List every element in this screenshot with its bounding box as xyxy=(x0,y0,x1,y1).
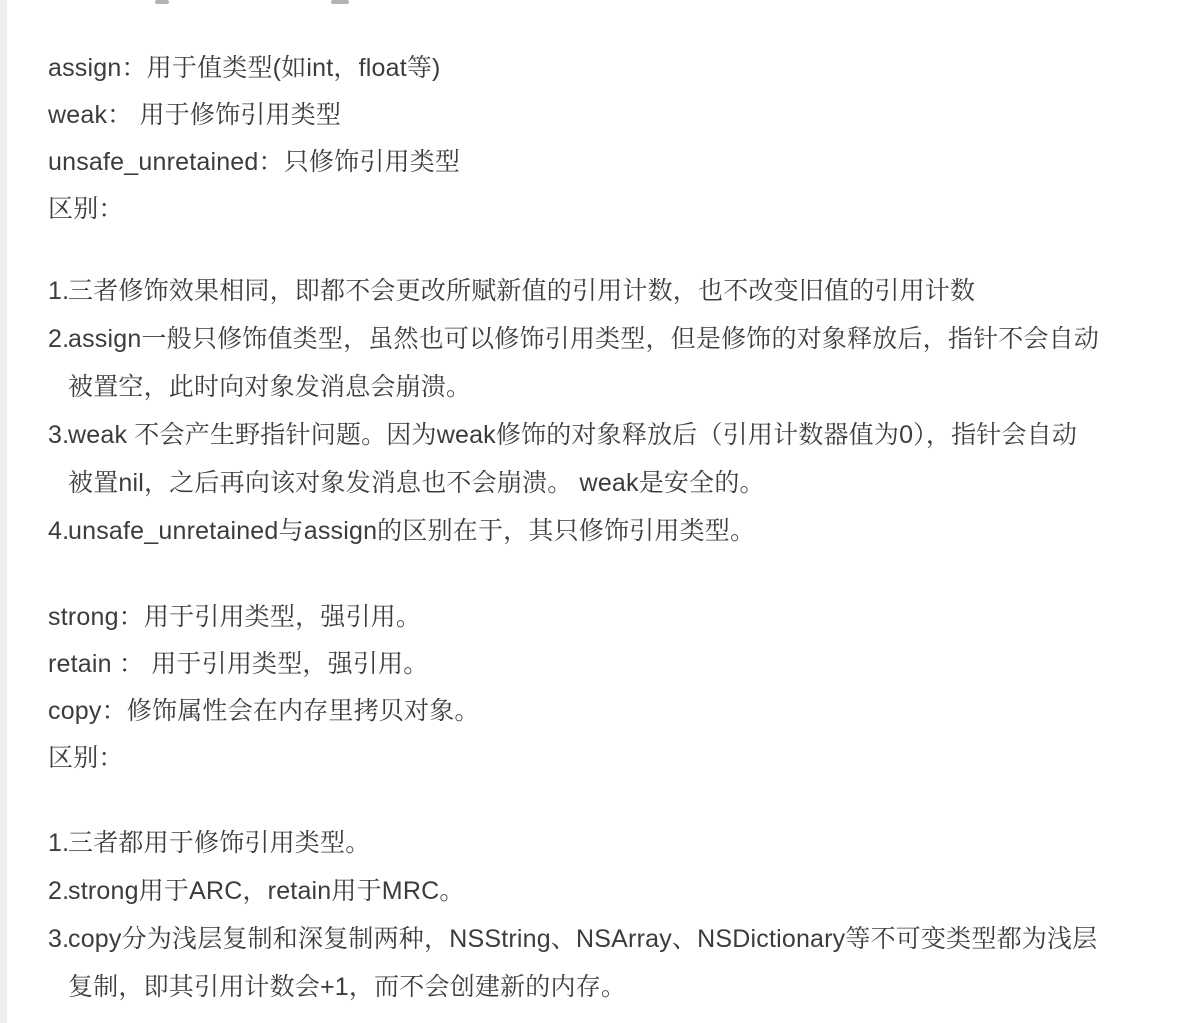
list-assign-differences: 1. 三者修饰效果相同，即都不会更改所赋新值的引用计数，也不改变旧值的引用计数 … xyxy=(48,267,1163,555)
list-item-text: strong用于ARC，retain用于MRC。 xyxy=(68,867,1163,915)
text-line: copy：修饰属性会在内存里拷贝对象。 xyxy=(48,688,1163,735)
text-line: 三者修饰效果相同，即都不会更改所赋新值的引用计数，也不改变旧值的引用计数 xyxy=(68,267,1163,315)
text-line: strong：用于引用类型，强引用。 xyxy=(48,594,1163,641)
text-line: assign一般只修饰值类型，虽然也可以修饰引用类型，但是修饰的对象释放后，指针… xyxy=(68,315,1163,363)
list-item-text: weak 不会产生野指针问题。因为weak修饰的对象释放后（引用计数器值为0），… xyxy=(68,411,1163,507)
list-strong-retain-copy-differences: 1. 三者都用于修饰引用类型。 2. strong用于ARC，retain用于M… xyxy=(48,819,1163,1011)
list-number: 3. xyxy=(48,411,68,459)
list-item: 1. 三者都用于修饰引用类型。 xyxy=(48,819,1163,867)
list-item: 3. weak 不会产生野指针问题。因为weak修饰的对象释放后（引用计数器值为… xyxy=(48,411,1163,507)
paragraph-strong-retain-copy: strong：用于引用类型，强引用。 retain ： 用于引用类型，强引用。 … xyxy=(48,594,1163,782)
list-item: 3. copy分为浅层复制和深复制两种，NSString、NSArray、NSD… xyxy=(48,915,1163,1011)
clipped-text-fragment xyxy=(155,0,169,4)
text-line: retain ： 用于引用类型，强引用。 xyxy=(48,641,1163,688)
list-item: 2. strong用于ARC，retain用于MRC。 xyxy=(48,867,1163,915)
paragraph-assign-weak-unsafe: assign：用于值类型(如int，float等) weak： 用于修饰引用类型… xyxy=(48,45,1163,233)
list-item-text: 三者都用于修饰引用类型。 xyxy=(68,819,1163,867)
clipped-text-fragment xyxy=(331,0,349,4)
text-line: assign：用于值类型(如int，float等) xyxy=(48,45,1163,92)
text-line: strong用于ARC，retain用于MRC。 xyxy=(68,867,1163,915)
list-item: 4. unsafe_unretained与assign的区别在于，其只修饰引用类… xyxy=(48,507,1163,555)
document-content: assign：用于值类型(如int，float等) weak： 用于修饰引用类型… xyxy=(48,45,1163,1011)
list-item: 2. assign一般只修饰值类型，虽然也可以修饰引用类型，但是修饰的对象释放后… xyxy=(48,315,1163,411)
text-line: 复制，即其引用计数会+1，而不会创建新的内存。 xyxy=(68,963,1163,1011)
list-item-text: assign一般只修饰值类型，虽然也可以修饰引用类型，但是修饰的对象释放后，指针… xyxy=(68,315,1163,411)
left-gutter xyxy=(0,0,7,1023)
list-number: 1. xyxy=(48,267,68,315)
list-number: 2. xyxy=(48,867,68,915)
text-line: unsafe_unretained：只修饰引用类型 xyxy=(48,139,1163,186)
text-line: copy分为浅层复制和深复制两种，NSString、NSArray、NSDict… xyxy=(68,915,1163,963)
text-line: weak： 用于修饰引用类型 xyxy=(48,92,1163,139)
text-line: unsafe_unretained与assign的区别在于，其只修饰引用类型。 xyxy=(68,507,1163,555)
text-line: weak 不会产生野指针问题。因为weak修饰的对象释放后（引用计数器值为0），… xyxy=(68,411,1163,459)
list-number: 3. xyxy=(48,915,68,963)
text-line: 区别： xyxy=(48,186,1163,233)
text-line: 被置nil，之后再向该对象发消息也不会崩溃。 weak是安全的。 xyxy=(68,459,1163,507)
list-number: 1. xyxy=(48,819,68,867)
text-line: 三者都用于修饰引用类型。 xyxy=(68,819,1163,867)
list-item-text: copy分为浅层复制和深复制两种，NSString、NSArray、NSDict… xyxy=(68,915,1163,1011)
list-number: 4. xyxy=(48,507,68,555)
list-number: 2. xyxy=(48,315,68,363)
list-item: 1. 三者修饰效果相同，即都不会更改所赋新值的引用计数，也不改变旧值的引用计数 xyxy=(48,267,1163,315)
list-item-text: 三者修饰效果相同，即都不会更改所赋新值的引用计数，也不改变旧值的引用计数 xyxy=(68,267,1163,315)
list-item-text: unsafe_unretained与assign的区别在于，其只修饰引用类型。 xyxy=(68,507,1163,555)
text-line: 被置空，此时向对象发消息会崩溃。 xyxy=(68,363,1163,411)
text-line: 区别： xyxy=(48,735,1163,782)
